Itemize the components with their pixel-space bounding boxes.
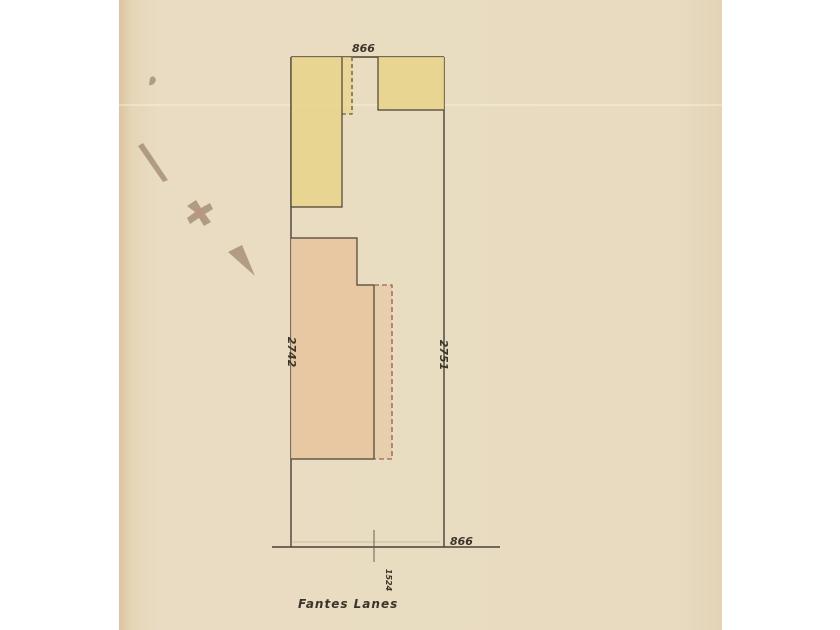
left-depth-label: 2742 — [285, 337, 298, 368]
compass-mark-arrow-tail — [138, 143, 168, 182]
main-house — [291, 238, 392, 459]
right-depth-label: 2751 — [437, 340, 450, 371]
compass-arrowhead — [228, 245, 255, 276]
street-name-label: Fantes Lanes — [298, 597, 398, 611]
compass-mark-top — [149, 76, 156, 85]
bottom-width-label: 866 — [450, 535, 473, 548]
outbuilding-right — [378, 57, 444, 110]
compass-center — [196, 210, 202, 216]
site-plan: 866 866 2742 2751 1524 Fantes Lanes — [0, 0, 840, 630]
frontage-offset-label: 1524 — [384, 569, 393, 592]
outbuilding-left — [291, 57, 353, 207]
top-width-label: 866 — [352, 42, 375, 55]
north-arrow-icon — [138, 76, 255, 276]
